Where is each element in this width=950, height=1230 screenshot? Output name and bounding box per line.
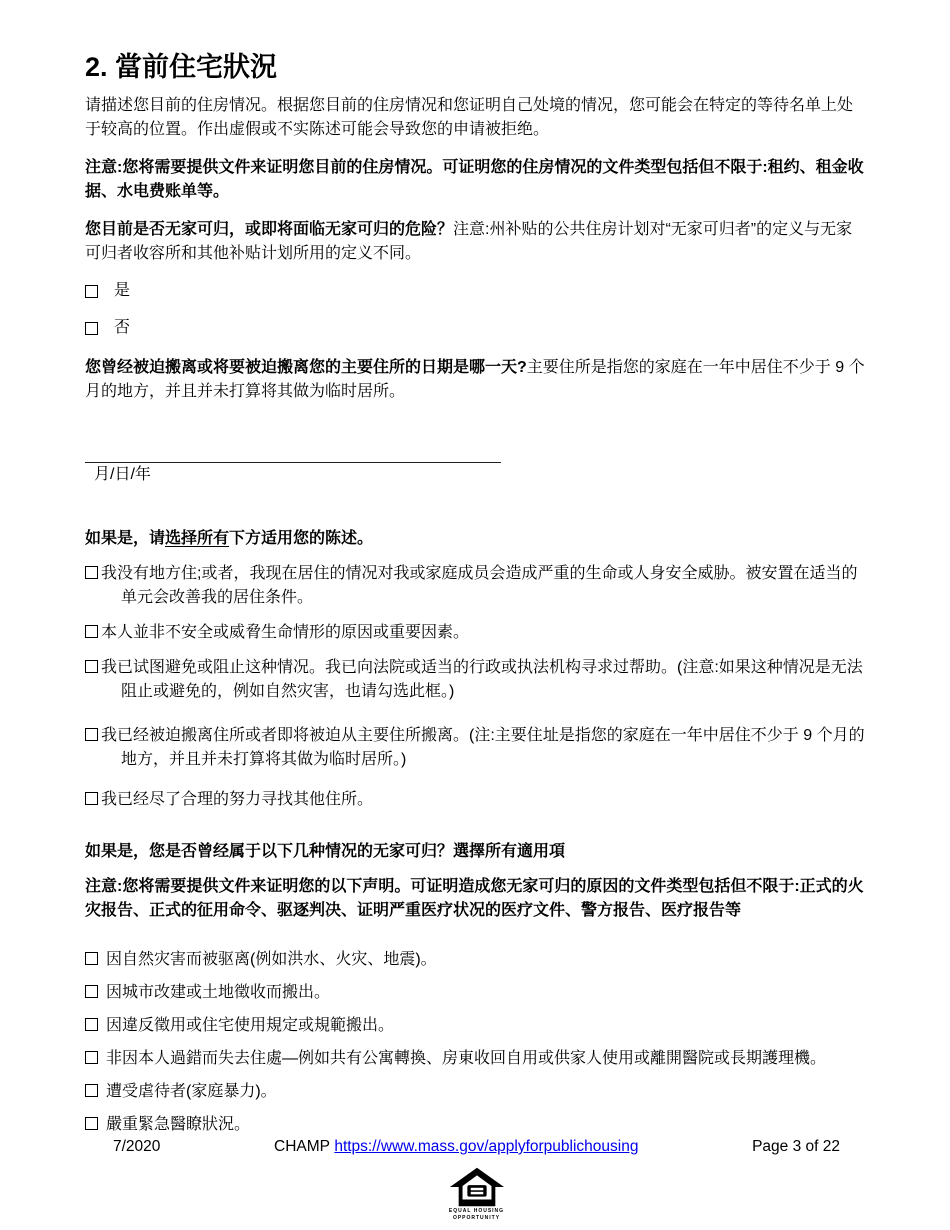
checkbox-icon[interactable] (85, 566, 98, 579)
checkbox-icon[interactable] (85, 985, 98, 998)
equal-housing-house-icon (450, 1167, 504, 1207)
category-item-label: 因城市改建或土地徵收而搬出。 (106, 984, 330, 1001)
footer-page-number: Page 3 of 22 (752, 1137, 840, 1157)
category-item-label: 因違反徵用或住宅使用規定或規範搬出。 (106, 1017, 394, 1034)
checkbox-icon[interactable] (85, 728, 98, 741)
section-title: 2. 當前住宅狀況 (85, 50, 868, 84)
statements-heading-pre: 如果是，请 (85, 530, 165, 547)
option-row-yes: 是 (85, 279, 868, 303)
checkbox-icon[interactable] (85, 1117, 98, 1130)
date-entry-block: 月/日/年 (85, 434, 868, 487)
checkbox-icon[interactable] (85, 625, 98, 638)
homeless-categories-heading: 如果是，您是否曾经属于以下几种情况的无家可归？選擇所有適用項 (85, 840, 868, 864)
category-item: 因違反徵用或住宅使用規定或規範搬出。 (85, 1014, 868, 1038)
checkbox-icon[interactable] (85, 952, 98, 965)
checkbox-yes-icon[interactable] (85, 285, 98, 298)
statements-heading: 如果是，请选择所有下方适用您的陈述。 (85, 527, 868, 551)
question-move-date-bold: 您曾经被迫搬离或将要被迫搬离您的主要住所的日期是哪一天? (85, 359, 527, 376)
statement-item: 本人並非不安全或威脅生命情形的原因或重要因素。 (85, 621, 868, 645)
checkbox-icon[interactable] (85, 1084, 98, 1097)
statements-heading-underlined: 选择所有 (165, 530, 229, 547)
category-item-label: 非因本人過錯而失去住處—例如共有公寓轉換、房東收回自用或供家人使用或離開醫院或長… (106, 1050, 826, 1067)
checkbox-icon[interactable] (85, 660, 98, 673)
page-footer: 7/2020 CHAMP https://www.mass.gov/applyf… (85, 1137, 868, 1157)
documentation-note: 注意:您将需要提供文件来证明您目前的住房情况。可证明您的住房情况的文件类型包括但… (85, 156, 868, 204)
footer-app-name: CHAMP (274, 1138, 330, 1155)
category-item: 因自然灾害而被驱离(例如洪水、火灾、地震)。 (85, 948, 868, 972)
question-homeless: 您目前是否无家可归，或即将面临无家可归的危险？注意:州补贴的公共住房计划对“无家… (85, 218, 868, 266)
category-item: 嚴重緊急醫瞭狀況。 (85, 1113, 868, 1137)
checkbox-icon[interactable] (85, 792, 98, 805)
option-row-no: 否 (85, 316, 868, 340)
category-item-label: 嚴重緊急醫瞭狀況。 (106, 1116, 250, 1133)
footer-link[interactable]: https://www.mass.gov/applyforpublichousi… (334, 1138, 638, 1155)
option-no-label: 否 (114, 316, 130, 340)
checkbox-no-icon[interactable] (85, 322, 98, 335)
statement-item-label: 本人並非不安全或威脅生命情形的原因或重要因素。 (101, 624, 469, 641)
statement-item: 我已试图避免或阻止这种情况。我已向法院或适当的行政或执法机构寻求过帮助。(注意:… (85, 656, 868, 704)
statement-item: 我已经尽了合理的努力寻找其他住所。 (85, 788, 868, 812)
document-page: 2. 當前住宅狀況 请描述您目前的住房情况。根据您目前的住房情况和您证明自己处境… (0, 0, 950, 1230)
category-item-label: 遭受虐待者(家庭暴力)。 (106, 1083, 277, 1100)
statement-item-label: 我已经尽了合理的努力寻找其他住所。 (101, 791, 373, 808)
option-yes-label: 是 (114, 279, 130, 303)
intro-paragraph: 请描述您目前的住房情况。根据您目前的住房情况和您证明自己处境的情况，您可能会在特… (85, 94, 868, 142)
statement-item: 我没有地方住;或者，我现在居住的情况对我或家庭成员会造成严重的生命或人身安全威胁… (85, 562, 868, 610)
checkbox-icon[interactable] (85, 1018, 98, 1031)
equal-housing-logo-text-line1: EQUAL HOUSING (449, 1208, 504, 1214)
footer-app-link: CHAMP https://www.mass.gov/applyforpubli… (160, 1137, 752, 1157)
statements-checkbox-list: 我没有地方住;或者，我现在居住的情况对我或家庭成员会造成严重的生命或人身安全威胁… (85, 551, 868, 812)
date-input-line[interactable] (85, 434, 501, 463)
statement-item-label: 我已试图避免或阻止这种情况。我已向法院或适当的行政或执法机构寻求过帮助。(注意:… (101, 659, 863, 700)
statement-item-label: 我没有地方住;或者，我现在居住的情况对我或家庭成员会造成严重的生命或人身安全威胁… (101, 565, 857, 606)
homeless-categories-checkbox-list: 因自然灾害而被驱离(例如洪水、火灾、地震)。 因城市改建或土地徵收而搬出。 因違… (85, 939, 868, 1137)
checkbox-icon[interactable] (85, 1051, 98, 1064)
question-move-date: 您曾经被迫搬离或将要被迫搬离您的主要住所的日期是哪一天?主要住所是指您的家庭在一… (85, 356, 868, 404)
question-homeless-bold: 您目前是否无家可归，或即将面临无家可归的危险？ (85, 221, 453, 238)
equal-housing-logo: EQUAL HOUSING OPPORTUNITY (85, 1167, 868, 1221)
statement-item-label: 我已经被迫搬离住所或者即将被迫从主要住所搬离。(注:主要住址是指您的家庭在一年中… (101, 727, 865, 768)
equal-housing-logo-text-line2: OPPORTUNITY (453, 1215, 500, 1221)
homeless-categories-note: 注意:您将需要提供文件来证明您的以下声明。可证明造成您无家可归的原因的文件类型包… (85, 875, 868, 923)
statements-heading-post: 下方适用您的陈述。 (229, 530, 373, 547)
footer-revision-date: 7/2020 (113, 1137, 160, 1157)
category-item: 因城市改建或土地徵收而搬出。 (85, 981, 868, 1005)
date-format-label: 月/日/年 (85, 463, 868, 487)
category-item-label: 因自然灾害而被驱离(例如洪水、火灾、地震)。 (106, 951, 437, 968)
category-item: 遭受虐待者(家庭暴力)。 (85, 1080, 868, 1104)
category-item: 非因本人過錯而失去住處—例如共有公寓轉換、房東收回自用或供家人使用或離開醫院或長… (85, 1047, 868, 1071)
statement-item: 我已经被迫搬离住所或者即将被迫从主要住所搬离。(注:主要住址是指您的家庭在一年中… (85, 724, 868, 772)
